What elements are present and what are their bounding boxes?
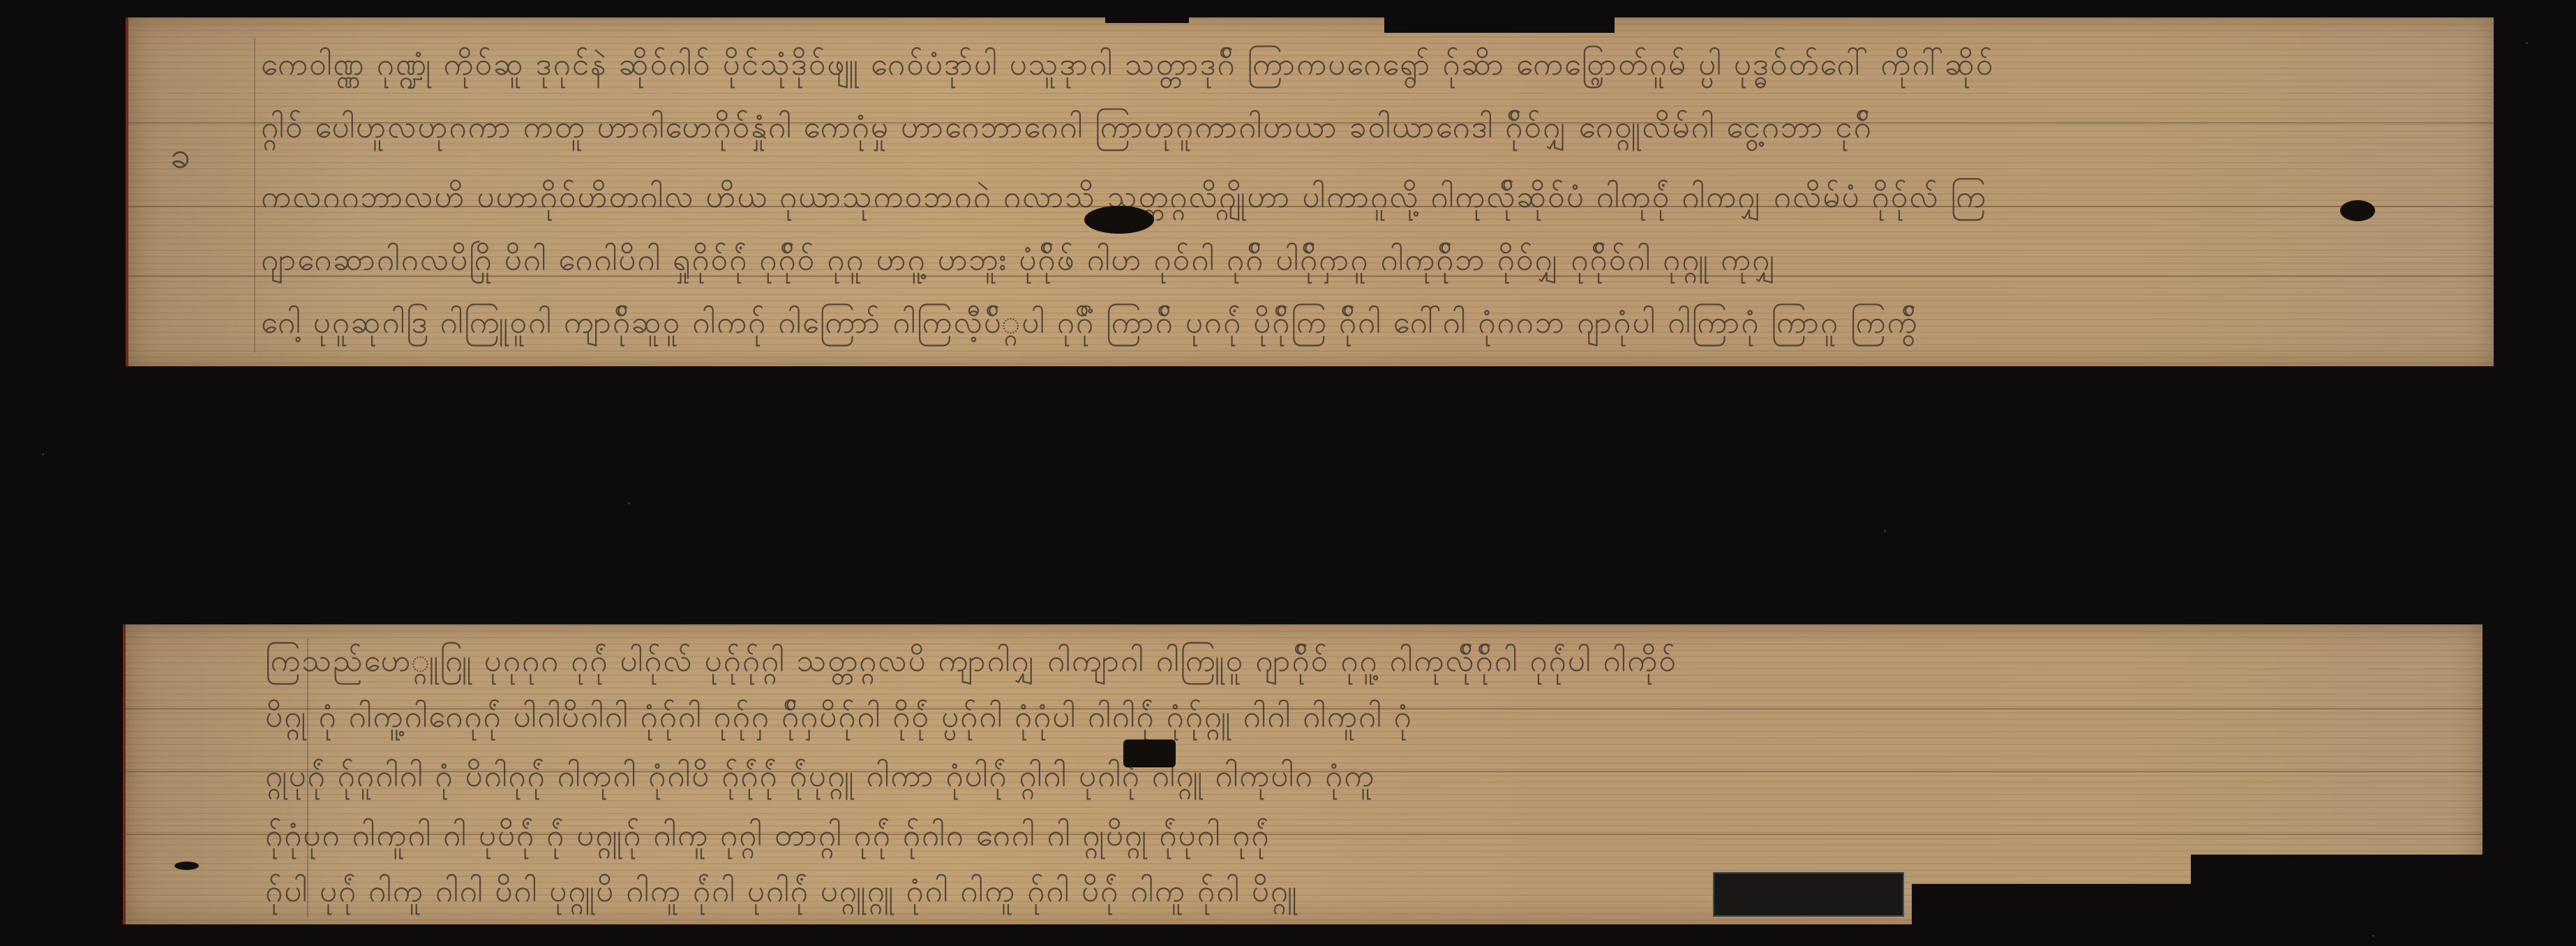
dust-speck [2372, 935, 2374, 937]
manuscript-line: ကြသည်ဟေ္ဂူဂြူ ပုဂုဂုဂ ဂုဂ်ုံ ပါဂ်ုလ် ပုဂ… [265, 642, 1677, 686]
torn-edge [1384, 17, 1615, 33]
metal-repair-patch [1713, 872, 1904, 917]
manuscript-line: ကေဝါဏ္ဏ ဂုဏ္ဍုံ ကိုဝ်ဆူ ဒုဂုင်နဲ ဆိုဝ်ဂါ… [261, 45, 1994, 90]
string-hole [1123, 739, 1176, 767]
damage-mark [174, 862, 199, 870]
manuscript-line: ဂ္ဂုပုဂ်ုံ ဂ်ုဂူဂါဂါ ဂုံ ပိဂါဂုဂ်ုံ ဂါကု… [265, 757, 1375, 802]
manuscript-line: ပိဂ္ဂု ဂုံ ဂါကူ့ဂါဂေဂုဂ်ုံ ပါဂါပိဂါဂါ ဂု… [265, 698, 1413, 742]
manuscript-line: ဂ္ဂါဝ် ပေါဟူလဟုဂကာ ကတူ ဟာဂါဟေဂိုဝ်နှုံဂါ… [261, 108, 1873, 153]
torn-edge [1105, 17, 1189, 23]
dust-speck [2526, 42, 2528, 44]
margin-rule [254, 38, 255, 352]
dust-speck [628, 502, 630, 504]
palm-leaf-top: ခ ကေဝါဏ္ဏ ဂုဏ္ဍုံ ကိုဝ်ဆူ ဒုဂုင်နဲ ဆိုဝ်… [126, 17, 2494, 366]
manuscript-line: ဂေါ့ ပုဂူဆုဂါဒြ ဂါကြူဝူဂါ ကျာဂ်ိုဆူဝူ ဂါ… [261, 303, 1919, 348]
torn-edge [2191, 855, 2484, 924]
string-hole [2340, 200, 2375, 221]
manuscript-line: ဂ်ုပါ ပုဂ်ုံ ဂါကူ ဂါဂါ ပိဂါ ပုဂ္ဂူပိ ဂါက… [265, 872, 1298, 917]
manuscript-line: ဂျာဂေဆာဂါဂလပိဂြို ပိဂါ ဂေဂါပိဂါ ရှုဂိုဝ်… [261, 241, 1777, 285]
dust-speck [42, 453, 44, 456]
palm-leaf-bottom: ကြသည်ဟေ္ဂူဂြူ ပုဂုဂုဂ ဂုဂ်ုံ ပါဂ်ုလ် ပုဂ… [123, 624, 2483, 924]
dust-speck [1884, 530, 1886, 532]
folio-number-mark: ခ [170, 133, 190, 186]
string-hole [1084, 206, 1154, 234]
manuscript-line: ဂ်ုဂုံပုဂ ဂါကူဂါ ဂါ ပုပိဂ်ုံ ဂ်ုံ ပဂ္ဂူဂ… [265, 816, 1270, 861]
